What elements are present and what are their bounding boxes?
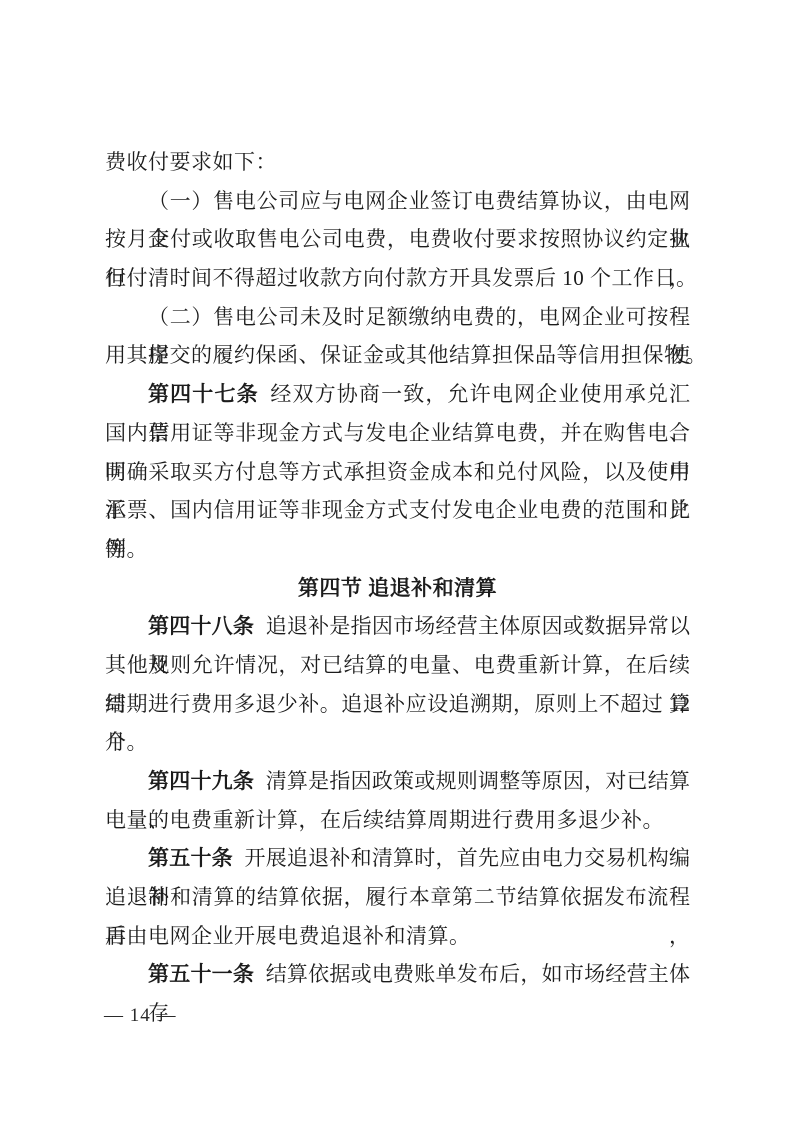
document-body: 费收付要求如下：（一）售电公司应与电网企业签订电费结算协议，由电网企业按月支付或… xyxy=(105,143,690,994)
text-line: 明确采取买方付息等方式承担资金成本和兑付风险，以及使用承兑 xyxy=(105,453,690,492)
text-line: 按月支付或收取售电公司电费，电费收付要求按照协议约定执行， xyxy=(105,220,690,259)
article-number: 第五十一条 xyxy=(148,962,254,986)
section-heading: 第四节 追退补和清算 xyxy=(105,569,690,608)
text-line: 追退补和清算的结算依据，履行本章第二节结算依据发布流程后， xyxy=(105,878,690,917)
document-page: 费收付要求如下：（一）售电公司应与电网企业签订电费结算协议，由电网企业按月支付或… xyxy=(0,0,794,1123)
text-line: 第五十条开展追退补和清算时，首先应由电力交易机构编制 xyxy=(105,839,690,878)
text-line: 汇票、国内信用证等非现金方式支付发电企业电费的范围和比例 xyxy=(105,491,690,530)
article-number: 第四十八条 xyxy=(148,614,254,638)
article-number: 第四十七条 xyxy=(148,382,259,406)
article-number: 第五十条 xyxy=(148,846,233,870)
text-line: （一）售电公司应与电网企业签订电费结算协议，由电网企业 xyxy=(105,182,690,221)
page-number: — 14 — xyxy=(104,1005,177,1026)
text-line: 第四十七条经双方协商一致，允许电网企业使用承兑汇票、 xyxy=(105,375,690,414)
text-line: 费收付要求如下： xyxy=(105,143,690,182)
text-line: 国内信用证等非现金方式与发电企业结算电费，并在购售电合同中 xyxy=(105,414,690,453)
text-line: 周期进行费用多退少补。追退补应设追溯期，原则上不超过 12 个 xyxy=(105,685,690,724)
text-line: （二）售电公司未及时足额缴纳电费的，电网企业可按程序使 xyxy=(105,298,690,337)
text-line: 电量、电费重新计算，在后续结算周期进行费用多退少补。 xyxy=(105,801,690,840)
text-line: 第四十九条清算是指因政策或规则调整等原因，对已结算的 xyxy=(105,762,690,801)
text-line: 第五十一条结算依据或电费账单发布后，如市场经营主体存 xyxy=(105,955,690,994)
article-number: 第四十九条 xyxy=(148,769,254,793)
text-line: 等。 xyxy=(105,530,690,569)
text-line: 用其提交的履约保函、保证金或其他结算担保品等信用担保物。 xyxy=(105,336,690,375)
page-footer: — 14 — xyxy=(104,1002,177,1030)
text-line: 其他规则允许情况，对已结算的电量、电费重新计算，在后续结算 xyxy=(105,646,690,685)
text-line: 第四十八条追退补是指因市场经营主体原因或数据异常以及 xyxy=(105,607,690,646)
text-line: 但付清时间不得超过收款方向付款方开具发票后 10 个工作日。 xyxy=(105,259,690,298)
text-line: 月。 xyxy=(105,723,690,762)
